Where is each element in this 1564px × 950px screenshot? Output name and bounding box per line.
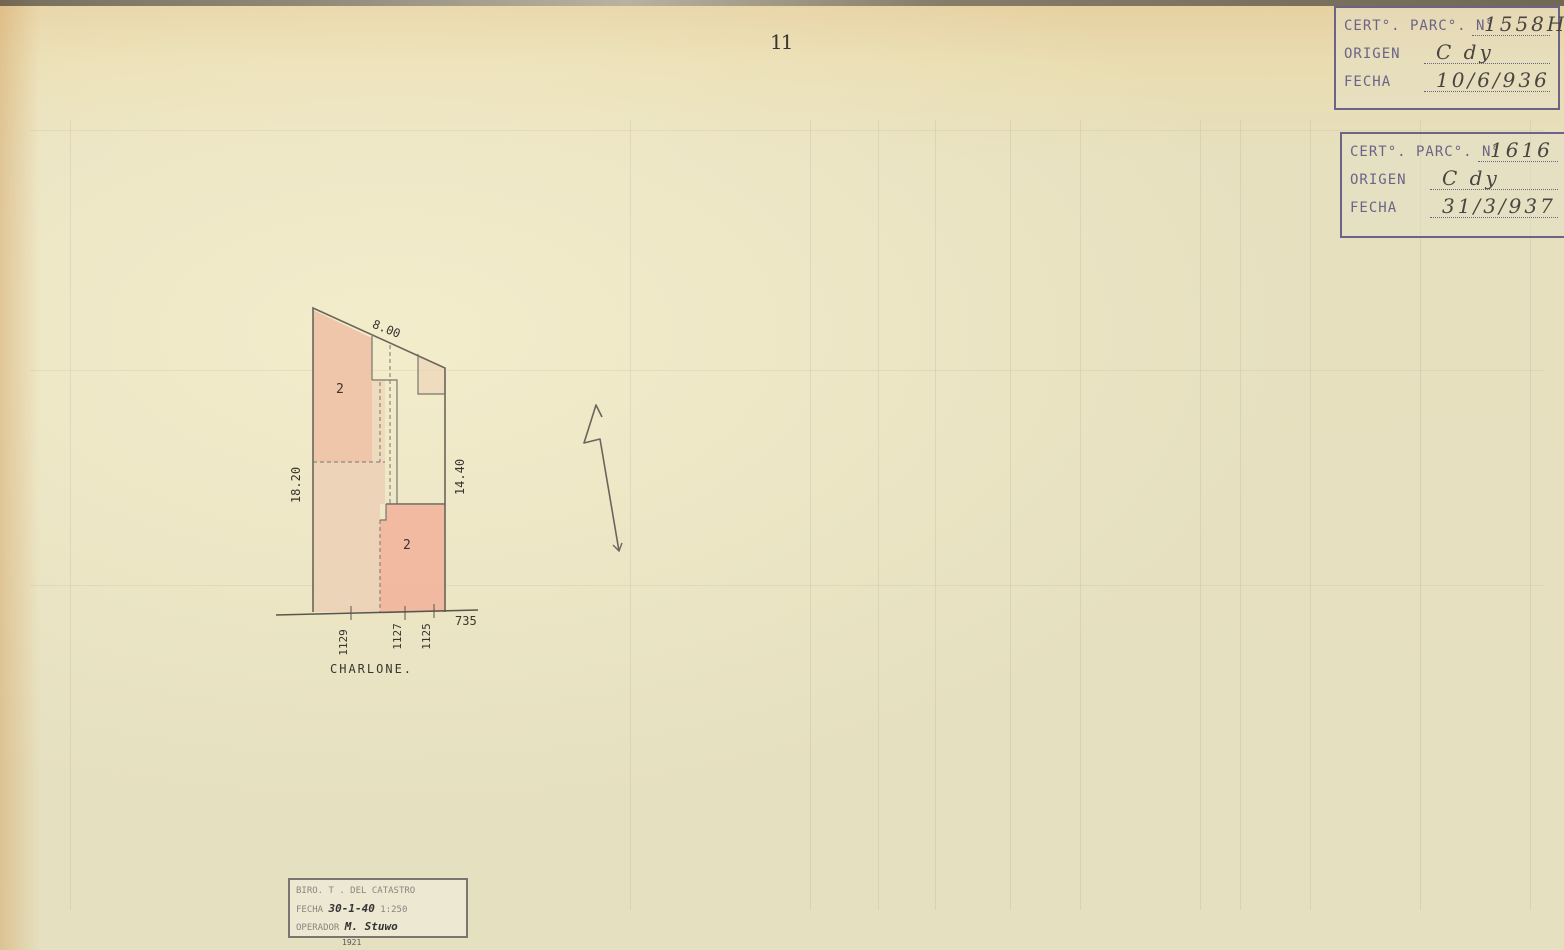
cert-number: 1616 xyxy=(1478,139,1558,162)
street-name: CHARLONE. xyxy=(330,662,413,676)
origen-value: C dy xyxy=(1430,167,1558,190)
certificate-stamp-1: CERT°. PARC°. N° 1558H ORIGEN C dy FECHA… xyxy=(1334,6,1560,110)
document-sheet: 11 CERT°. PARC°. N° 1558H ORIGEN C dy FE… xyxy=(0,0,1564,950)
certificate-stamp-2: CERT°. PARC°. N° 1616 ORIGEN C dy FECHA … xyxy=(1340,132,1564,238)
ruled-column-line xyxy=(810,120,811,910)
corner-number: 735 xyxy=(455,614,477,628)
ruled-column-line xyxy=(1530,120,1531,910)
cadastre-stamp: BIRO. T . DEL CATASTRO FECHA 30-1-40 1:2… xyxy=(288,878,468,938)
cadastre-operador-value: M. Stuwo xyxy=(345,920,398,933)
lot-2-lower-fill xyxy=(380,505,445,612)
ruled-column-line xyxy=(1080,120,1081,910)
ruled-column-line xyxy=(935,120,936,910)
cadastre-fecha-label: FECHA xyxy=(296,905,323,915)
origen-label: ORIGEN xyxy=(1350,166,1407,194)
origen-value: C dy xyxy=(1424,41,1550,64)
cadastre-note: 1921 xyxy=(342,938,361,947)
ruled-column-line xyxy=(1200,120,1201,910)
north-arrow-icon xyxy=(570,395,640,565)
ruled-column-line xyxy=(1420,120,1421,910)
lot-label-lower: 2 xyxy=(403,538,411,553)
lot-light-fill xyxy=(313,462,385,612)
fecha-label: FECHA xyxy=(1350,194,1397,222)
fecha-value: 31/3/937 xyxy=(1430,195,1558,218)
lot-label-upper: 2 xyxy=(336,382,344,397)
fecha-value: 10/6/936 xyxy=(1424,69,1550,92)
cadastre-operador-label: OPERADOR xyxy=(296,923,339,933)
fecha-label: FECHA xyxy=(1344,68,1391,96)
ruled-column-line xyxy=(1240,120,1241,910)
origen-label: ORIGEN xyxy=(1344,40,1401,68)
cadastre-scale: 1:250 xyxy=(380,905,407,915)
ruled-column-line xyxy=(878,120,879,910)
dimension-left: 18.20 xyxy=(289,467,303,503)
cadastre-fecha-value: 30-1-40 xyxy=(329,902,375,915)
cadastre-stamp-title: BIRO. T . DEL CATASTRO xyxy=(296,882,460,900)
dimension-right: 14.40 xyxy=(453,459,467,495)
ruled-column-line xyxy=(1310,120,1311,910)
page-number: 11 xyxy=(770,30,791,54)
ruled-row-line xyxy=(30,130,1544,131)
street-number: 1125 xyxy=(420,623,433,650)
street-number: 1127 xyxy=(391,623,404,650)
street-number: 1129 xyxy=(337,629,350,656)
ruled-column-line xyxy=(70,120,71,910)
ruled-row-line xyxy=(30,370,1544,371)
cert-number: 1558H xyxy=(1472,13,1550,36)
ruled-row-line xyxy=(30,585,1544,586)
scan-top-edge xyxy=(0,0,1564,6)
ruled-column-line xyxy=(1010,120,1011,910)
